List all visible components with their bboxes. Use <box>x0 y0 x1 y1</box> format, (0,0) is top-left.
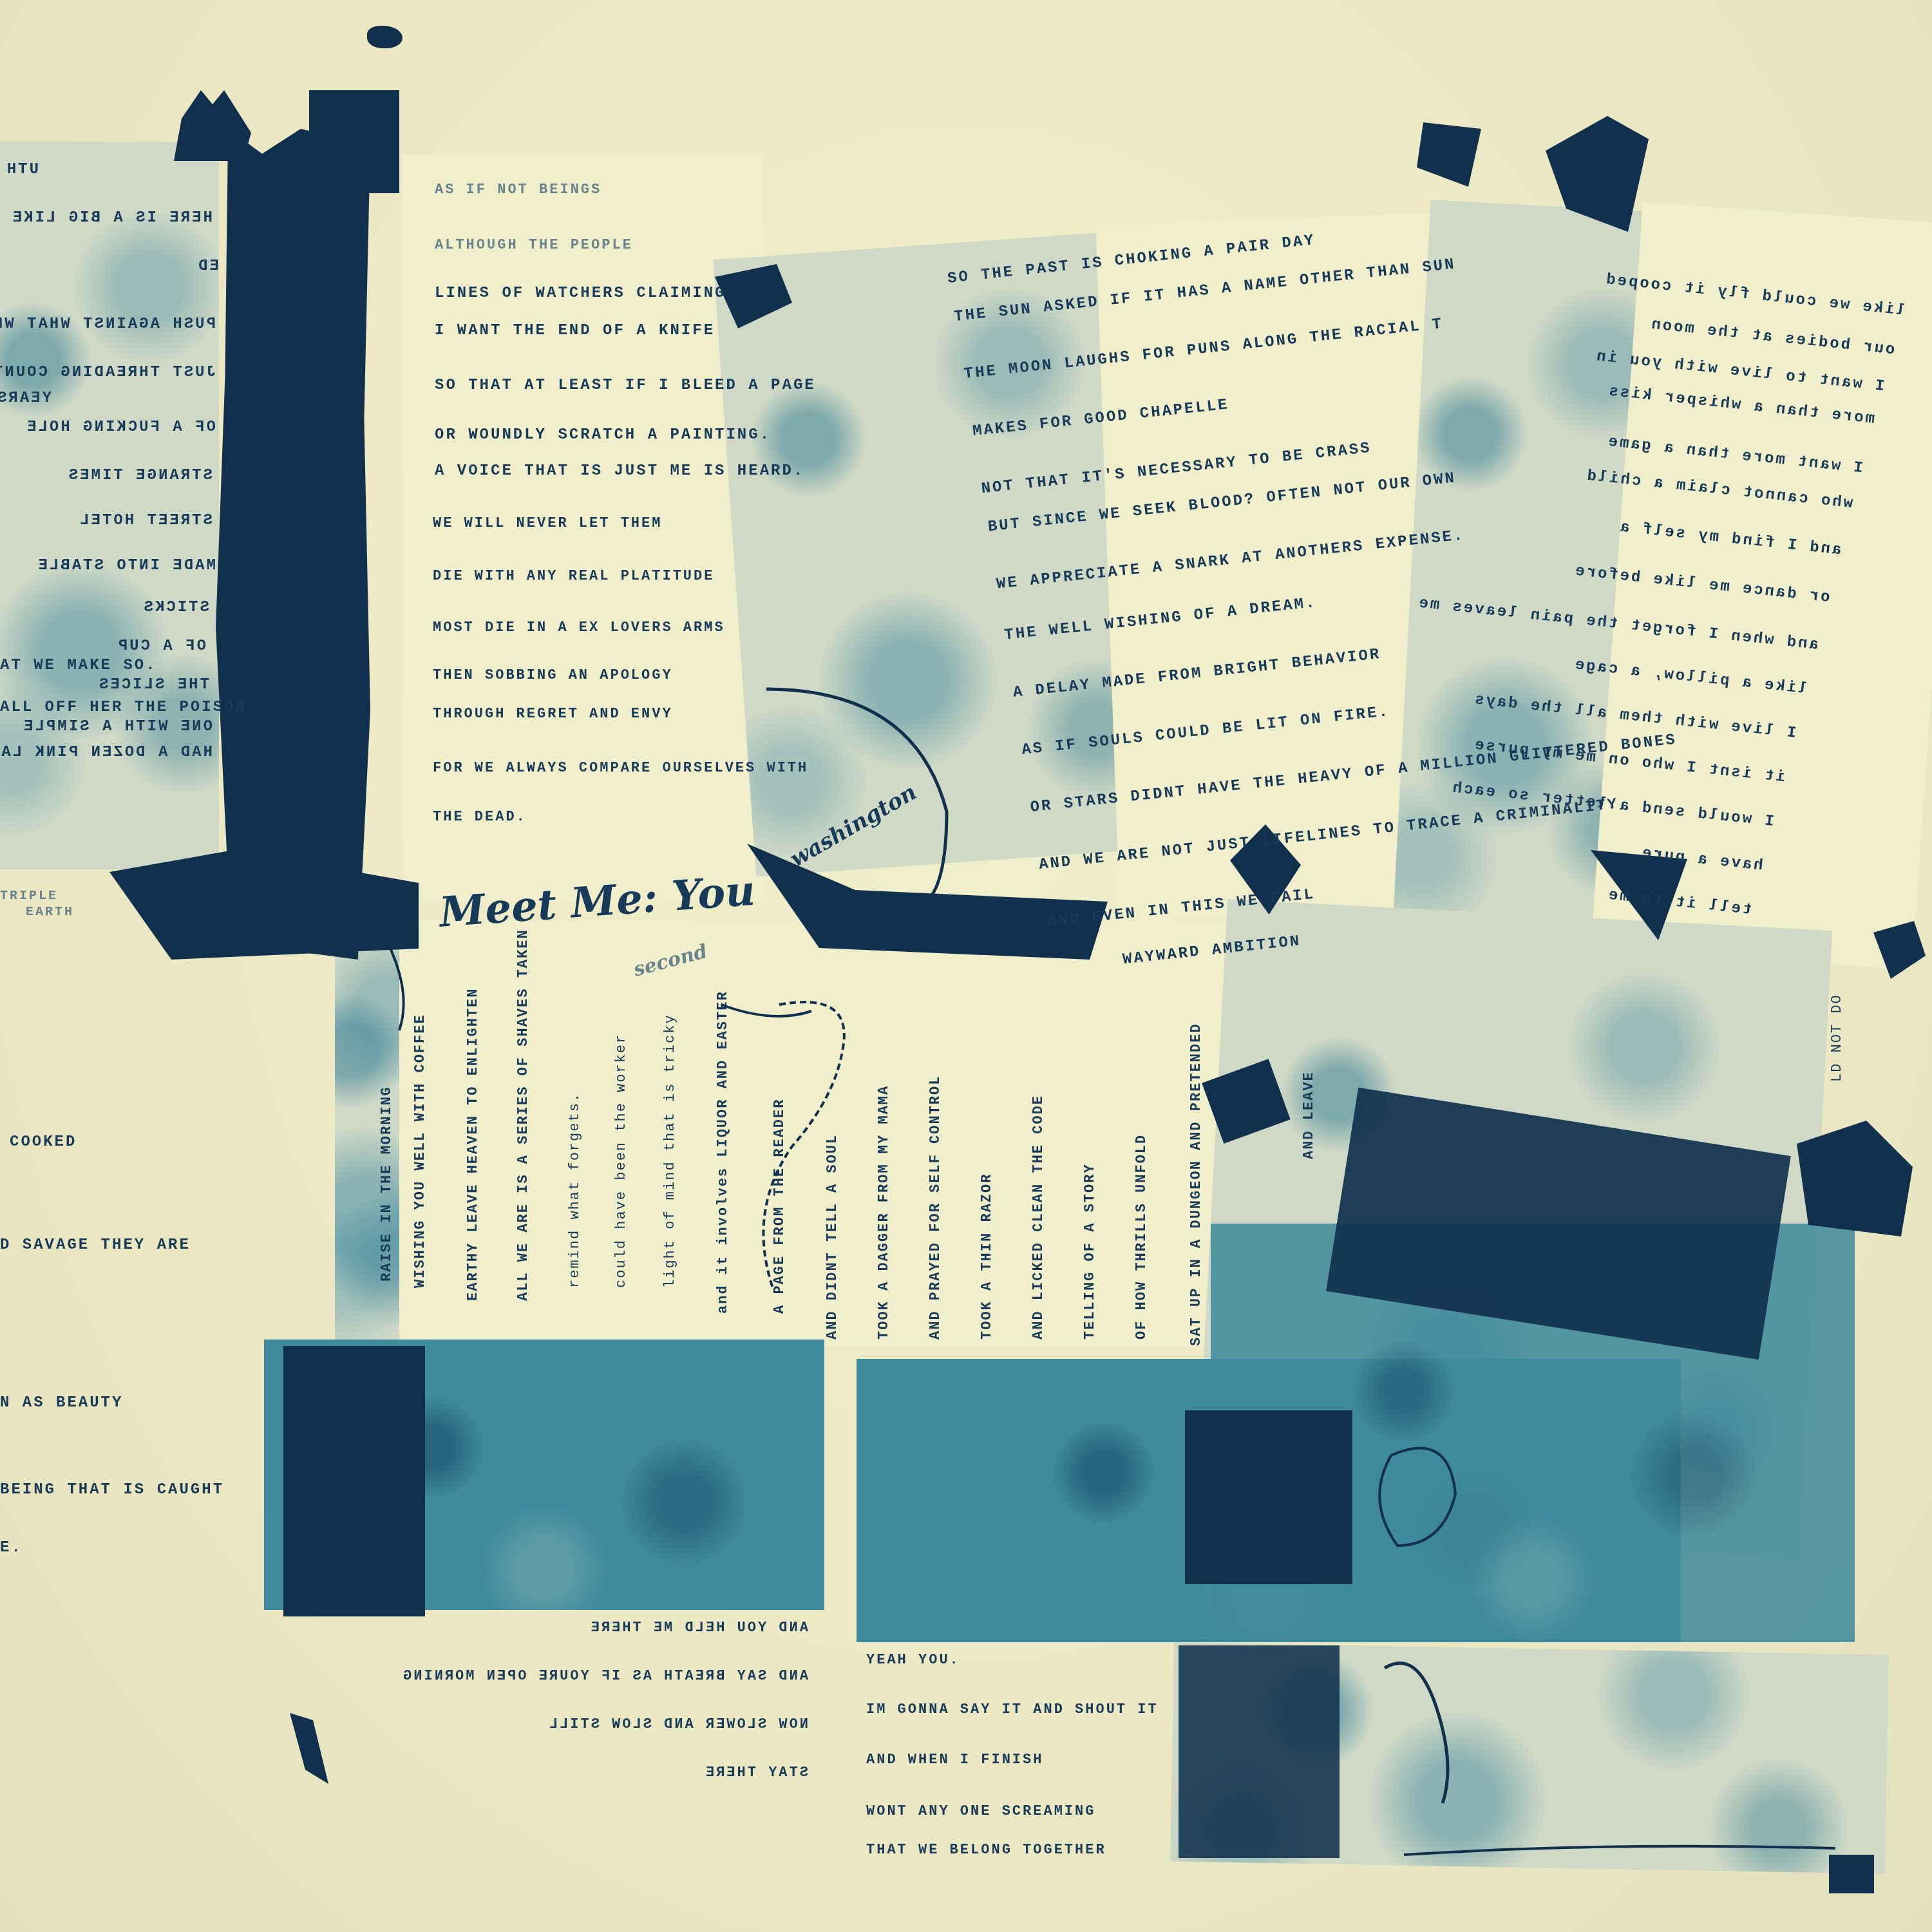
bottom-poem-line: AND WHEN I FINISH <box>866 1752 1043 1768</box>
bottom-mirrored-line: NOW SLOWER AND SLOW STILL <box>547 1716 808 1732</box>
drawn-curves <box>0 0 1932 1932</box>
collage-artwork: UTH HERE IS A BIG LIKE ED PUSH AGAINST W… <box>0 0 1932 1932</box>
bottom-poem-line: WONT ANY ONE SCREAMING <box>866 1803 1095 1819</box>
bottom-mirrored-line: AND SAY BREATH AS IF YOURE OPEN MORNING <box>401 1668 808 1684</box>
bottom-mirrored-line: AND YOU HELD ME THERE <box>589 1620 808 1636</box>
bottom-mirrored-line: STAY THERE <box>704 1765 808 1781</box>
bottom-poem-line: IM GONNA SAY IT AND SHOUT IT <box>866 1701 1159 1718</box>
bottom-poem-line: THAT WE BELONG TOGETHER <box>866 1842 1106 1858</box>
bottom-poem-line: YEAH YOU. <box>866 1652 960 1668</box>
